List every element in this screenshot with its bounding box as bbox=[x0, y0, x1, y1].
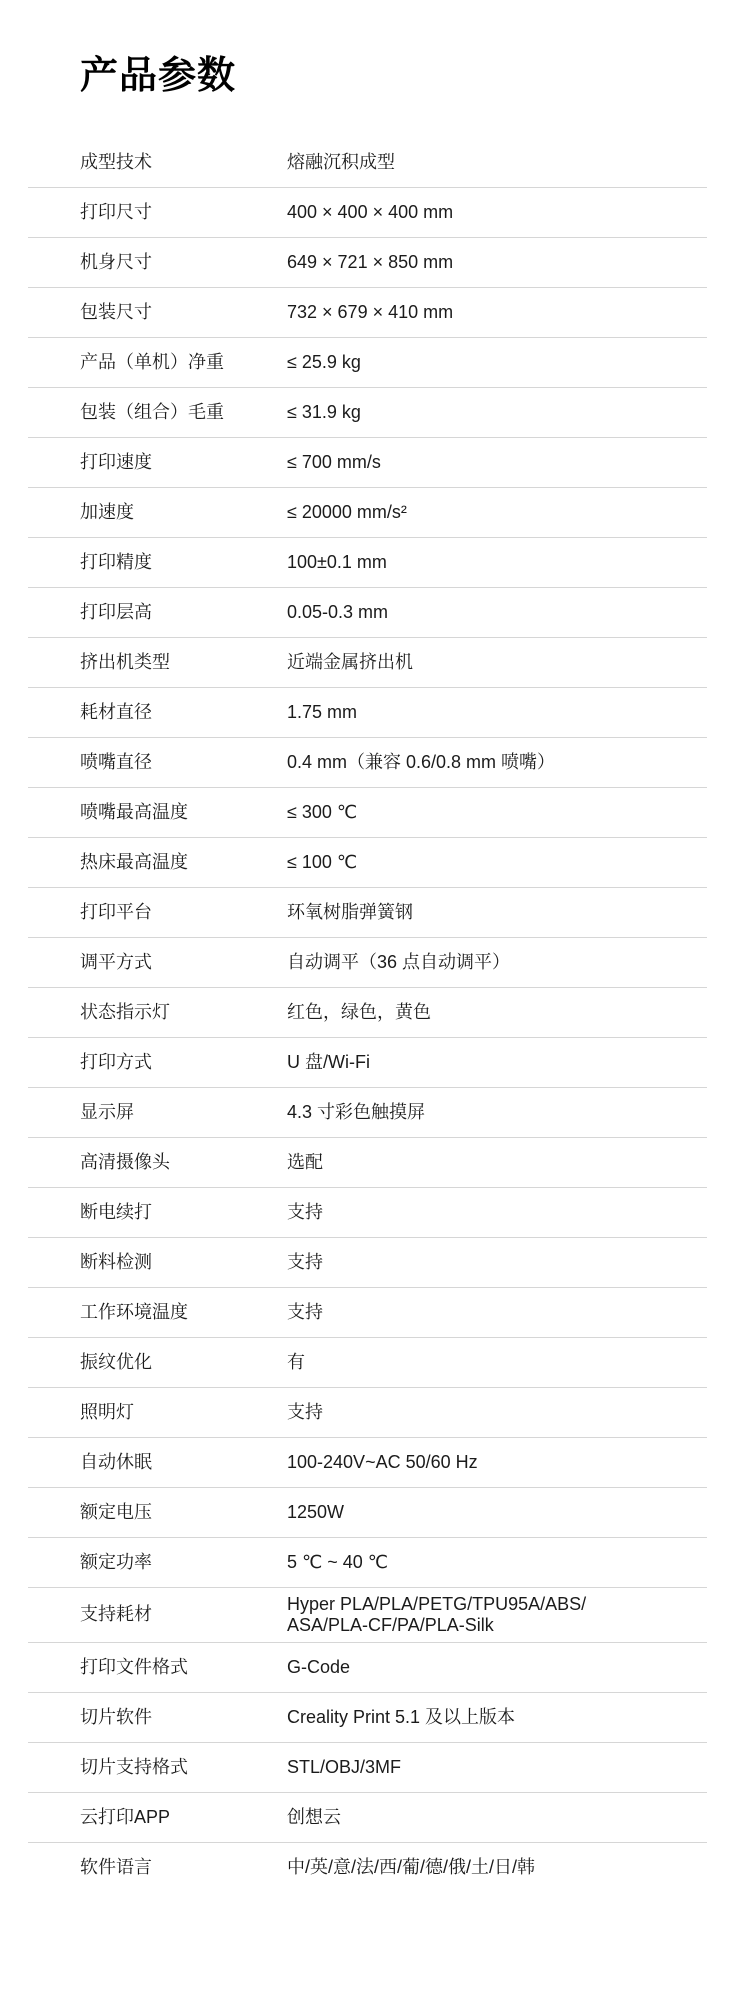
spec-label: 切片支持格式 bbox=[80, 1757, 287, 1778]
spec-value: 支持 bbox=[287, 1252, 707, 1273]
table-row: 额定功率5 ℃ ~ 40 ℃ bbox=[28, 1538, 707, 1588]
table-row: 打印层高0.05-0.3 mm bbox=[28, 588, 707, 638]
spec-label: 喷嘴最高温度 bbox=[80, 802, 287, 823]
table-row: 支持耗材Hyper PLA/PLA/PETG/TPU95A/ABS/ ASA/P… bbox=[28, 1588, 707, 1643]
spec-label: 产品（单机）净重 bbox=[80, 352, 287, 373]
table-row: 照明灯支持 bbox=[28, 1388, 707, 1438]
table-row: 切片支持格式STL/OBJ/3MF bbox=[28, 1743, 707, 1793]
spec-value: 1.75 mm bbox=[287, 702, 707, 723]
spec-label: 喷嘴直径 bbox=[80, 752, 287, 773]
spec-value: 环氧树脂弹簧钢 bbox=[287, 902, 707, 923]
table-row: 加速度≤ 20000 mm/s² bbox=[28, 488, 707, 538]
table-row: 状态指示灯红色，绿色，黄色 bbox=[28, 988, 707, 1038]
spec-label: 支持耗材 bbox=[80, 1604, 287, 1625]
spec-label: 额定功率 bbox=[80, 1552, 287, 1573]
spec-label: 打印层高 bbox=[80, 602, 287, 623]
spec-label: 热床最高温度 bbox=[80, 852, 287, 873]
spec-label: 打印精度 bbox=[80, 552, 287, 573]
spec-value: 选配 bbox=[287, 1152, 707, 1173]
spec-value: 400 × 400 × 400 mm bbox=[287, 202, 707, 223]
table-row: 机身尺寸649 × 721 × 850 mm bbox=[28, 238, 707, 288]
spec-value: ≤ 100 ℃ bbox=[287, 852, 707, 873]
table-row: 打印精度100±0.1 mm bbox=[28, 538, 707, 588]
spec-label: 断电续打 bbox=[80, 1202, 287, 1223]
spec-label: 软件语言 bbox=[80, 1857, 287, 1878]
spec-value: 0.4 mm（兼容 0.6/0.8 mm 喷嘴） bbox=[287, 752, 707, 773]
spec-value: 支持 bbox=[287, 1202, 707, 1223]
spec-value: STL/OBJ/3MF bbox=[287, 1757, 707, 1778]
table-row: 自动休眠100-240V~AC 50/60 Hz bbox=[28, 1438, 707, 1488]
spec-label: 云打印APP bbox=[80, 1807, 287, 1828]
spec-label: 额定电压 bbox=[80, 1502, 287, 1523]
spec-label: 打印平台 bbox=[80, 902, 287, 923]
spec-value: Creality Print 5.1 及以上版本 bbox=[287, 1707, 707, 1728]
spec-value: U 盘/Wi-Fi bbox=[287, 1052, 707, 1073]
spec-value: 熔融沉积成型 bbox=[287, 152, 707, 173]
spec-label: 打印尺寸 bbox=[80, 202, 287, 223]
table-row: 喷嘴直径0.4 mm（兼容 0.6/0.8 mm 喷嘴） bbox=[28, 738, 707, 788]
spec-table: 成型技术熔融沉积成型打印尺寸400 × 400 × 400 mm机身尺寸649 … bbox=[28, 138, 707, 1893]
table-row: 切片软件Creality Print 5.1 及以上版本 bbox=[28, 1693, 707, 1743]
spec-label: 包装尺寸 bbox=[80, 302, 287, 323]
spec-label: 耗材直径 bbox=[80, 702, 287, 723]
table-row: 热床最高温度≤ 100 ℃ bbox=[28, 838, 707, 888]
spec-label: 切片软件 bbox=[80, 1707, 287, 1728]
spec-value: ≤ 700 mm/s bbox=[287, 452, 707, 473]
spec-value: 支持 bbox=[287, 1302, 707, 1323]
table-row: 断料检测支持 bbox=[28, 1238, 707, 1288]
table-row: 软件语言中/英/意/法/西/葡/德/俄/土/日/韩 bbox=[28, 1843, 707, 1893]
spec-label: 工作环境温度 bbox=[80, 1302, 287, 1323]
table-row: 振纹优化有 bbox=[28, 1338, 707, 1388]
spec-value: G-Code bbox=[287, 1657, 707, 1678]
table-row: 打印方式U 盘/Wi-Fi bbox=[28, 1038, 707, 1088]
table-row: 打印尺寸400 × 400 × 400 mm bbox=[28, 188, 707, 238]
table-row: 打印速度≤ 700 mm/s bbox=[28, 438, 707, 488]
spec-value: 红色，绿色，黄色 bbox=[287, 1002, 707, 1023]
spec-label: 机身尺寸 bbox=[80, 252, 287, 273]
spec-label: 调平方式 bbox=[80, 952, 287, 973]
table-row: 产品（单机）净重≤ 25.9 kg bbox=[28, 338, 707, 388]
spec-label: 打印方式 bbox=[80, 1052, 287, 1073]
table-row: 显示屏4.3 寸彩色触摸屏 bbox=[28, 1088, 707, 1138]
spec-value: 100±0.1 mm bbox=[287, 552, 707, 573]
spec-label: 打印文件格式 bbox=[80, 1657, 287, 1678]
table-row: 喷嘴最高温度≤ 300 ℃ bbox=[28, 788, 707, 838]
table-row: 调平方式自动调平（36 点自动调平） bbox=[28, 938, 707, 988]
spec-value: 649 × 721 × 850 mm bbox=[287, 252, 707, 273]
table-row: 打印文件格式G-Code bbox=[28, 1643, 707, 1693]
table-row: 打印平台环氧树脂弹簧钢 bbox=[28, 888, 707, 938]
spec-value: 中/英/意/法/西/葡/德/俄/土/日/韩 bbox=[287, 1857, 707, 1878]
table-row: 挤出机类型近端金属挤出机 bbox=[28, 638, 707, 688]
spec-value: ≤ 25.9 kg bbox=[287, 352, 707, 373]
table-row: 工作环境温度支持 bbox=[28, 1288, 707, 1338]
spec-label: 断料检测 bbox=[80, 1252, 287, 1273]
spec-value: 4.3 寸彩色触摸屏 bbox=[287, 1102, 707, 1123]
spec-value: 100-240V~AC 50/60 Hz bbox=[287, 1452, 707, 1473]
spec-value: 有 bbox=[287, 1352, 707, 1373]
spec-value: ≤ 300 ℃ bbox=[287, 802, 707, 823]
spec-label: 自动休眠 bbox=[80, 1452, 287, 1473]
spec-value: ≤ 20000 mm/s² bbox=[287, 502, 707, 523]
product-parameters-page: 产品参数 成型技术熔融沉积成型打印尺寸400 × 400 × 400 mm机身尺… bbox=[0, 0, 750, 1992]
spec-label: 打印速度 bbox=[80, 452, 287, 473]
page-title: 产品参数 bbox=[0, 0, 750, 100]
table-row: 云打印APP创想云 bbox=[28, 1793, 707, 1843]
spec-value: 5 ℃ ~ 40 ℃ bbox=[287, 1552, 707, 1573]
spec-value: 1250W bbox=[287, 1502, 707, 1523]
spec-label: 状态指示灯 bbox=[80, 1002, 287, 1023]
table-row: 高清摄像头选配 bbox=[28, 1138, 707, 1188]
spec-label: 加速度 bbox=[80, 502, 287, 523]
spec-label: 照明灯 bbox=[80, 1402, 287, 1423]
spec-value: 732 × 679 × 410 mm bbox=[287, 302, 707, 323]
spec-value: 自动调平（36 点自动调平） bbox=[287, 952, 707, 973]
table-row: 耗材直径1.75 mm bbox=[28, 688, 707, 738]
spec-value: 创想云 bbox=[287, 1807, 707, 1828]
table-row: 断电续打支持 bbox=[28, 1188, 707, 1238]
spec-label: 高清摄像头 bbox=[80, 1152, 287, 1173]
table-row: 额定电压1250W bbox=[28, 1488, 707, 1538]
spec-label: 挤出机类型 bbox=[80, 652, 287, 673]
spec-label: 成型技术 bbox=[80, 152, 287, 173]
spec-label: 显示屏 bbox=[80, 1102, 287, 1123]
spec-value: ≤ 31.9 kg bbox=[287, 402, 707, 423]
table-row: 包装（组合）毛重≤ 31.9 kg bbox=[28, 388, 707, 438]
table-row: 成型技术熔融沉积成型 bbox=[28, 138, 707, 188]
table-row: 包装尺寸732 × 679 × 410 mm bbox=[28, 288, 707, 338]
spec-value: 0.05-0.3 mm bbox=[287, 602, 707, 623]
spec-value: Hyper PLA/PLA/PETG/TPU95A/ABS/ ASA/PLA-C… bbox=[287, 1594, 707, 1636]
spec-label: 包装（组合）毛重 bbox=[80, 402, 287, 423]
spec-value: 支持 bbox=[287, 1402, 707, 1423]
spec-value: 近端金属挤出机 bbox=[287, 652, 707, 673]
spec-label: 振纹优化 bbox=[80, 1352, 287, 1373]
